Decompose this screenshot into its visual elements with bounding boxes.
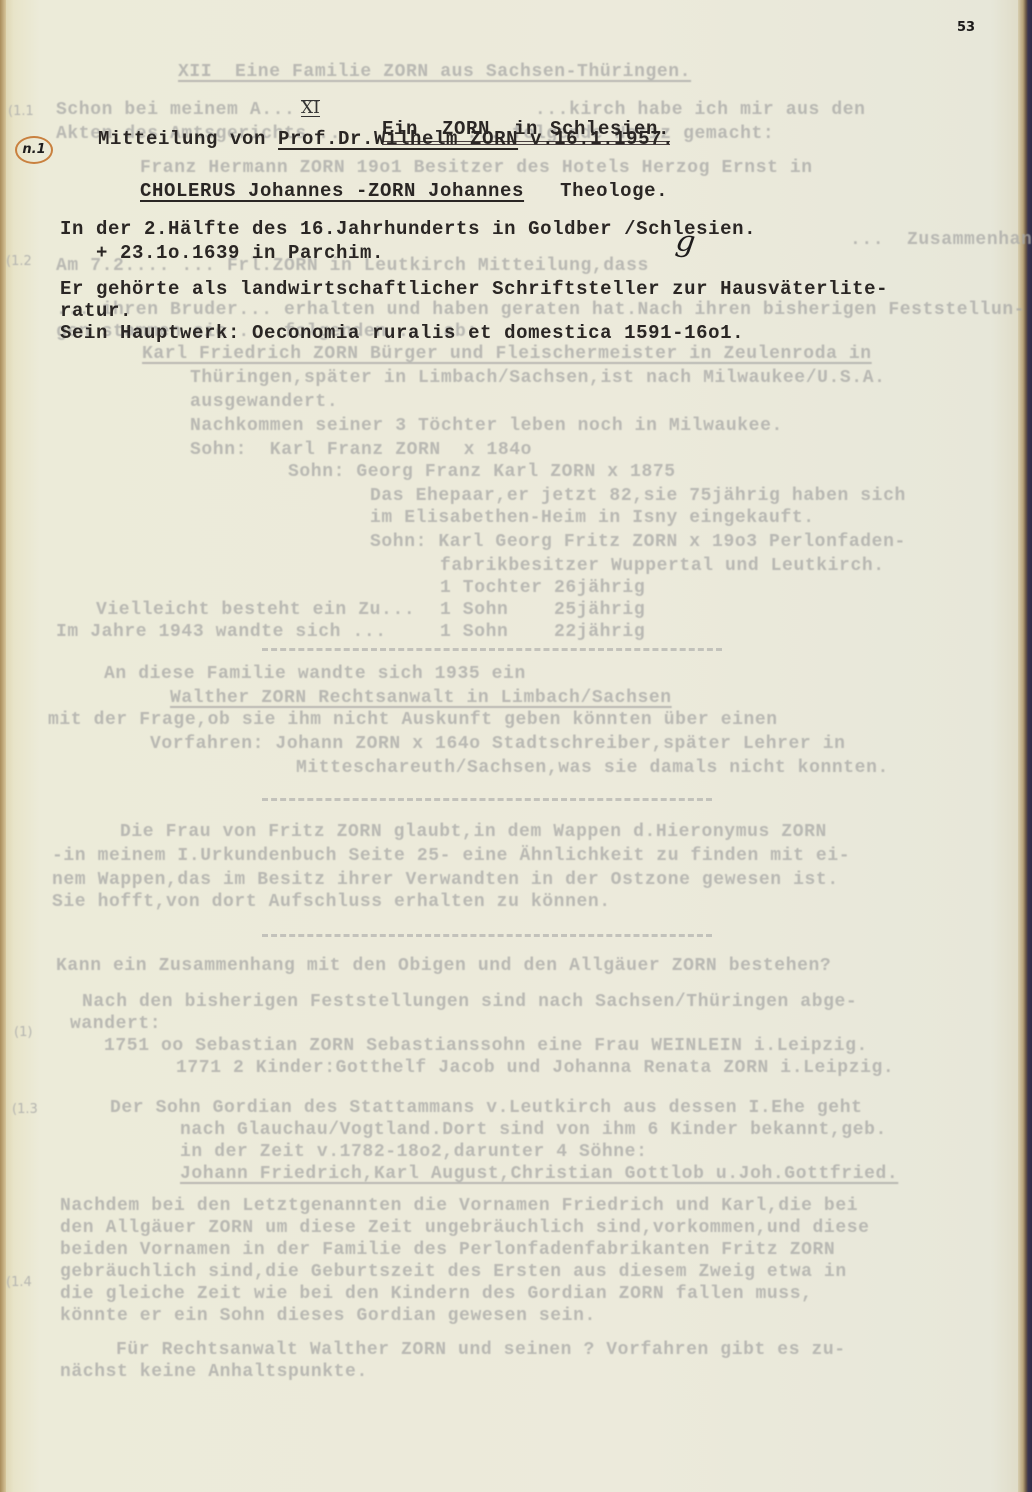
margin-marker-circled: n.1 bbox=[15, 136, 53, 164]
bleed-line: Für Rechtsanwalt Walther ZORN und seinen… bbox=[116, 1340, 846, 1360]
writer-line-2: ratur. bbox=[60, 300, 132, 322]
bleed-line: den Allgäuer ZORN um diese Zeit ungebräu… bbox=[60, 1218, 870, 1238]
bleed-line: nem Wappen,das im Besitz ihrer Verwandte… bbox=[52, 870, 839, 890]
bleed-line: Der Sohn Gordian des Stattammans v.Leutk… bbox=[110, 1098, 863, 1118]
bleed-separator bbox=[262, 648, 722, 651]
handwritten-correction: g bbox=[674, 223, 698, 260]
bleed-line: Das Ehepaar,er jetzt 82,sie 75jährig hab… bbox=[370, 486, 906, 506]
bleed-line: 1 Sohn 25jährig bbox=[440, 600, 645, 620]
margin-note: (1.2 bbox=[6, 254, 32, 269]
bleed-line: Vielleicht besteht ein Zu... bbox=[96, 600, 415, 620]
bleed-line: mit der Frage,ob sie ihm nicht Auskunft … bbox=[48, 710, 778, 730]
bleed-line: gebräuchlich sind,die Geburtszeit des Er… bbox=[60, 1262, 847, 1282]
bleed-line: Walther ZORN Rechtsanwalt in Limbach/Sac… bbox=[170, 688, 672, 708]
section-number: XI bbox=[301, 100, 320, 117]
bleed-line: ... ihren Bruder... erhalten und haben g… bbox=[56, 300, 1025, 320]
page-right-edge bbox=[1018, 0, 1032, 1492]
birth-line: In der 2.Hälfte des 16.Jahrhunderts in G… bbox=[60, 218, 756, 240]
bleed-separator bbox=[262, 798, 712, 801]
mitteilung-prefix: Mitteilung von bbox=[98, 128, 278, 150]
bleed-line: 1 Tochter 26jährig bbox=[440, 578, 645, 598]
bleed-line: im Elisabethen-Heim in Isny eingekauft. bbox=[370, 508, 815, 528]
bleed-separator bbox=[262, 934, 712, 937]
bleed-line: Vorfahren: Johann ZORN x 164o Stadtschre… bbox=[150, 734, 846, 754]
bleed-line: die gleiche Zeit wie bei den Kindern des… bbox=[60, 1284, 813, 1304]
bleed-line: ausgewandert. bbox=[190, 392, 338, 412]
bleed-line: in der Zeit v.1782-18o2,darunter 4 Söhne… bbox=[180, 1142, 647, 1162]
bleed-line: An diese Familie wandte sich 1935 ein bbox=[104, 664, 526, 684]
bleed-line: ... Zusammenhang; bbox=[850, 230, 1032, 250]
person-name: CHOLERUS Johannes -ZORN Johannes bbox=[140, 180, 524, 202]
bleed-line: nächst keine Anhaltspunkte. bbox=[60, 1362, 368, 1382]
mitteilung-author: Prof.Dr.Wilhelm ZORN bbox=[278, 128, 518, 150]
death-line: + 23.1o.1639 in Parchim. bbox=[60, 242, 384, 264]
bleed-line: Nach den bisherigen Feststellungen sind … bbox=[82, 992, 857, 1012]
bleed-line: fabrikbesitzer Wuppertal und Leutkirch. bbox=[440, 556, 885, 576]
bleed-line: Mitteschareuth/Sachsen,was sie damals ni… bbox=[296, 758, 889, 778]
bleed-line: Nachdem bei den Letztgenannten die Vorna… bbox=[60, 1196, 858, 1216]
bleed-line: könnte er ein Sohn dieses Gordian gewese… bbox=[60, 1306, 596, 1326]
bleed-line: -in meinem I.Urkundenbuch Seite 25- eine… bbox=[52, 846, 850, 866]
main-work-line: Sein Hauptwerk: Oeconomia ruralis et dom… bbox=[60, 322, 744, 344]
bleed-line: Thüringen,später in Limbach/Sachsen,ist … bbox=[190, 368, 886, 388]
person-line: CHOLERUS Johannes -ZORN Johannes Theolog… bbox=[140, 180, 668, 202]
bleed-line: Karl Friedrich ZORN Bürger und Fleischer… bbox=[142, 344, 872, 364]
bleed-line: Nachkommen seiner 3 Töchter leben noch i… bbox=[190, 416, 783, 436]
bleed-line: nach Glauchau/Vogtland.Dort sind von ihm… bbox=[180, 1120, 887, 1140]
page-left-edge bbox=[0, 0, 6, 1492]
bleed-line: Johann Friedrich,Karl August,Christian G… bbox=[180, 1164, 898, 1184]
person-role: Theologe. bbox=[524, 180, 668, 202]
margin-note: (1) bbox=[14, 1025, 32, 1040]
bleed-line: Sohn: Karl Franz ZORN x 184o bbox=[190, 440, 532, 460]
margin-note: (1.4 bbox=[6, 1275, 32, 1290]
bleed-line: 1 Sohn 22jährig bbox=[440, 622, 645, 642]
bleed-line: 1751 oo Sebastian ZORN Sebastianssohn ei… bbox=[104, 1036, 868, 1056]
bleed-line: wandert: bbox=[70, 1014, 161, 1034]
margin-note: (1.3 bbox=[12, 1102, 38, 1117]
page-number: 53 bbox=[957, 20, 975, 35]
bleed-line: Im Jahre 1943 wandte sich ... bbox=[56, 622, 387, 642]
bleed-heading: XII Eine Familie ZORN aus Sachsen-Thürin… bbox=[178, 62, 691, 82]
bleed-line: beiden Vornamen in der Familie des Perlo… bbox=[60, 1240, 835, 1260]
bleed-line: Sohn: Georg Franz Karl ZORN x 1875 bbox=[288, 462, 676, 482]
writer-line-1: Er gehörte als landwirtschaftlicher Schr… bbox=[60, 278, 888, 300]
mitteilung-line: Mitteilung von Prof.Dr.Wilhelm ZORN v.16… bbox=[98, 128, 674, 150]
margin-note: (1.1 bbox=[8, 104, 34, 119]
bleed-line: Sohn: Karl Georg Fritz ZORN x 19o3 Perlo… bbox=[370, 532, 906, 552]
bleed-line: Sie hofft,von dort Aufschluss erhalten z… bbox=[52, 892, 611, 912]
bleed-line: Kann ein Zusammenhang mit den Obigen und… bbox=[56, 956, 831, 976]
bleed-line: Die Frau von Fritz ZORN glaubt,in dem Wa… bbox=[120, 822, 827, 842]
mitteilung-date: v.16.1.1957. bbox=[518, 128, 674, 150]
scanned-page: XII Eine Familie ZORN aus Sachsen-Thürin… bbox=[0, 0, 1032, 1492]
bleed-line: 1771 2 Kinder:Gotthelf Jacob und Johanna… bbox=[176, 1058, 894, 1078]
